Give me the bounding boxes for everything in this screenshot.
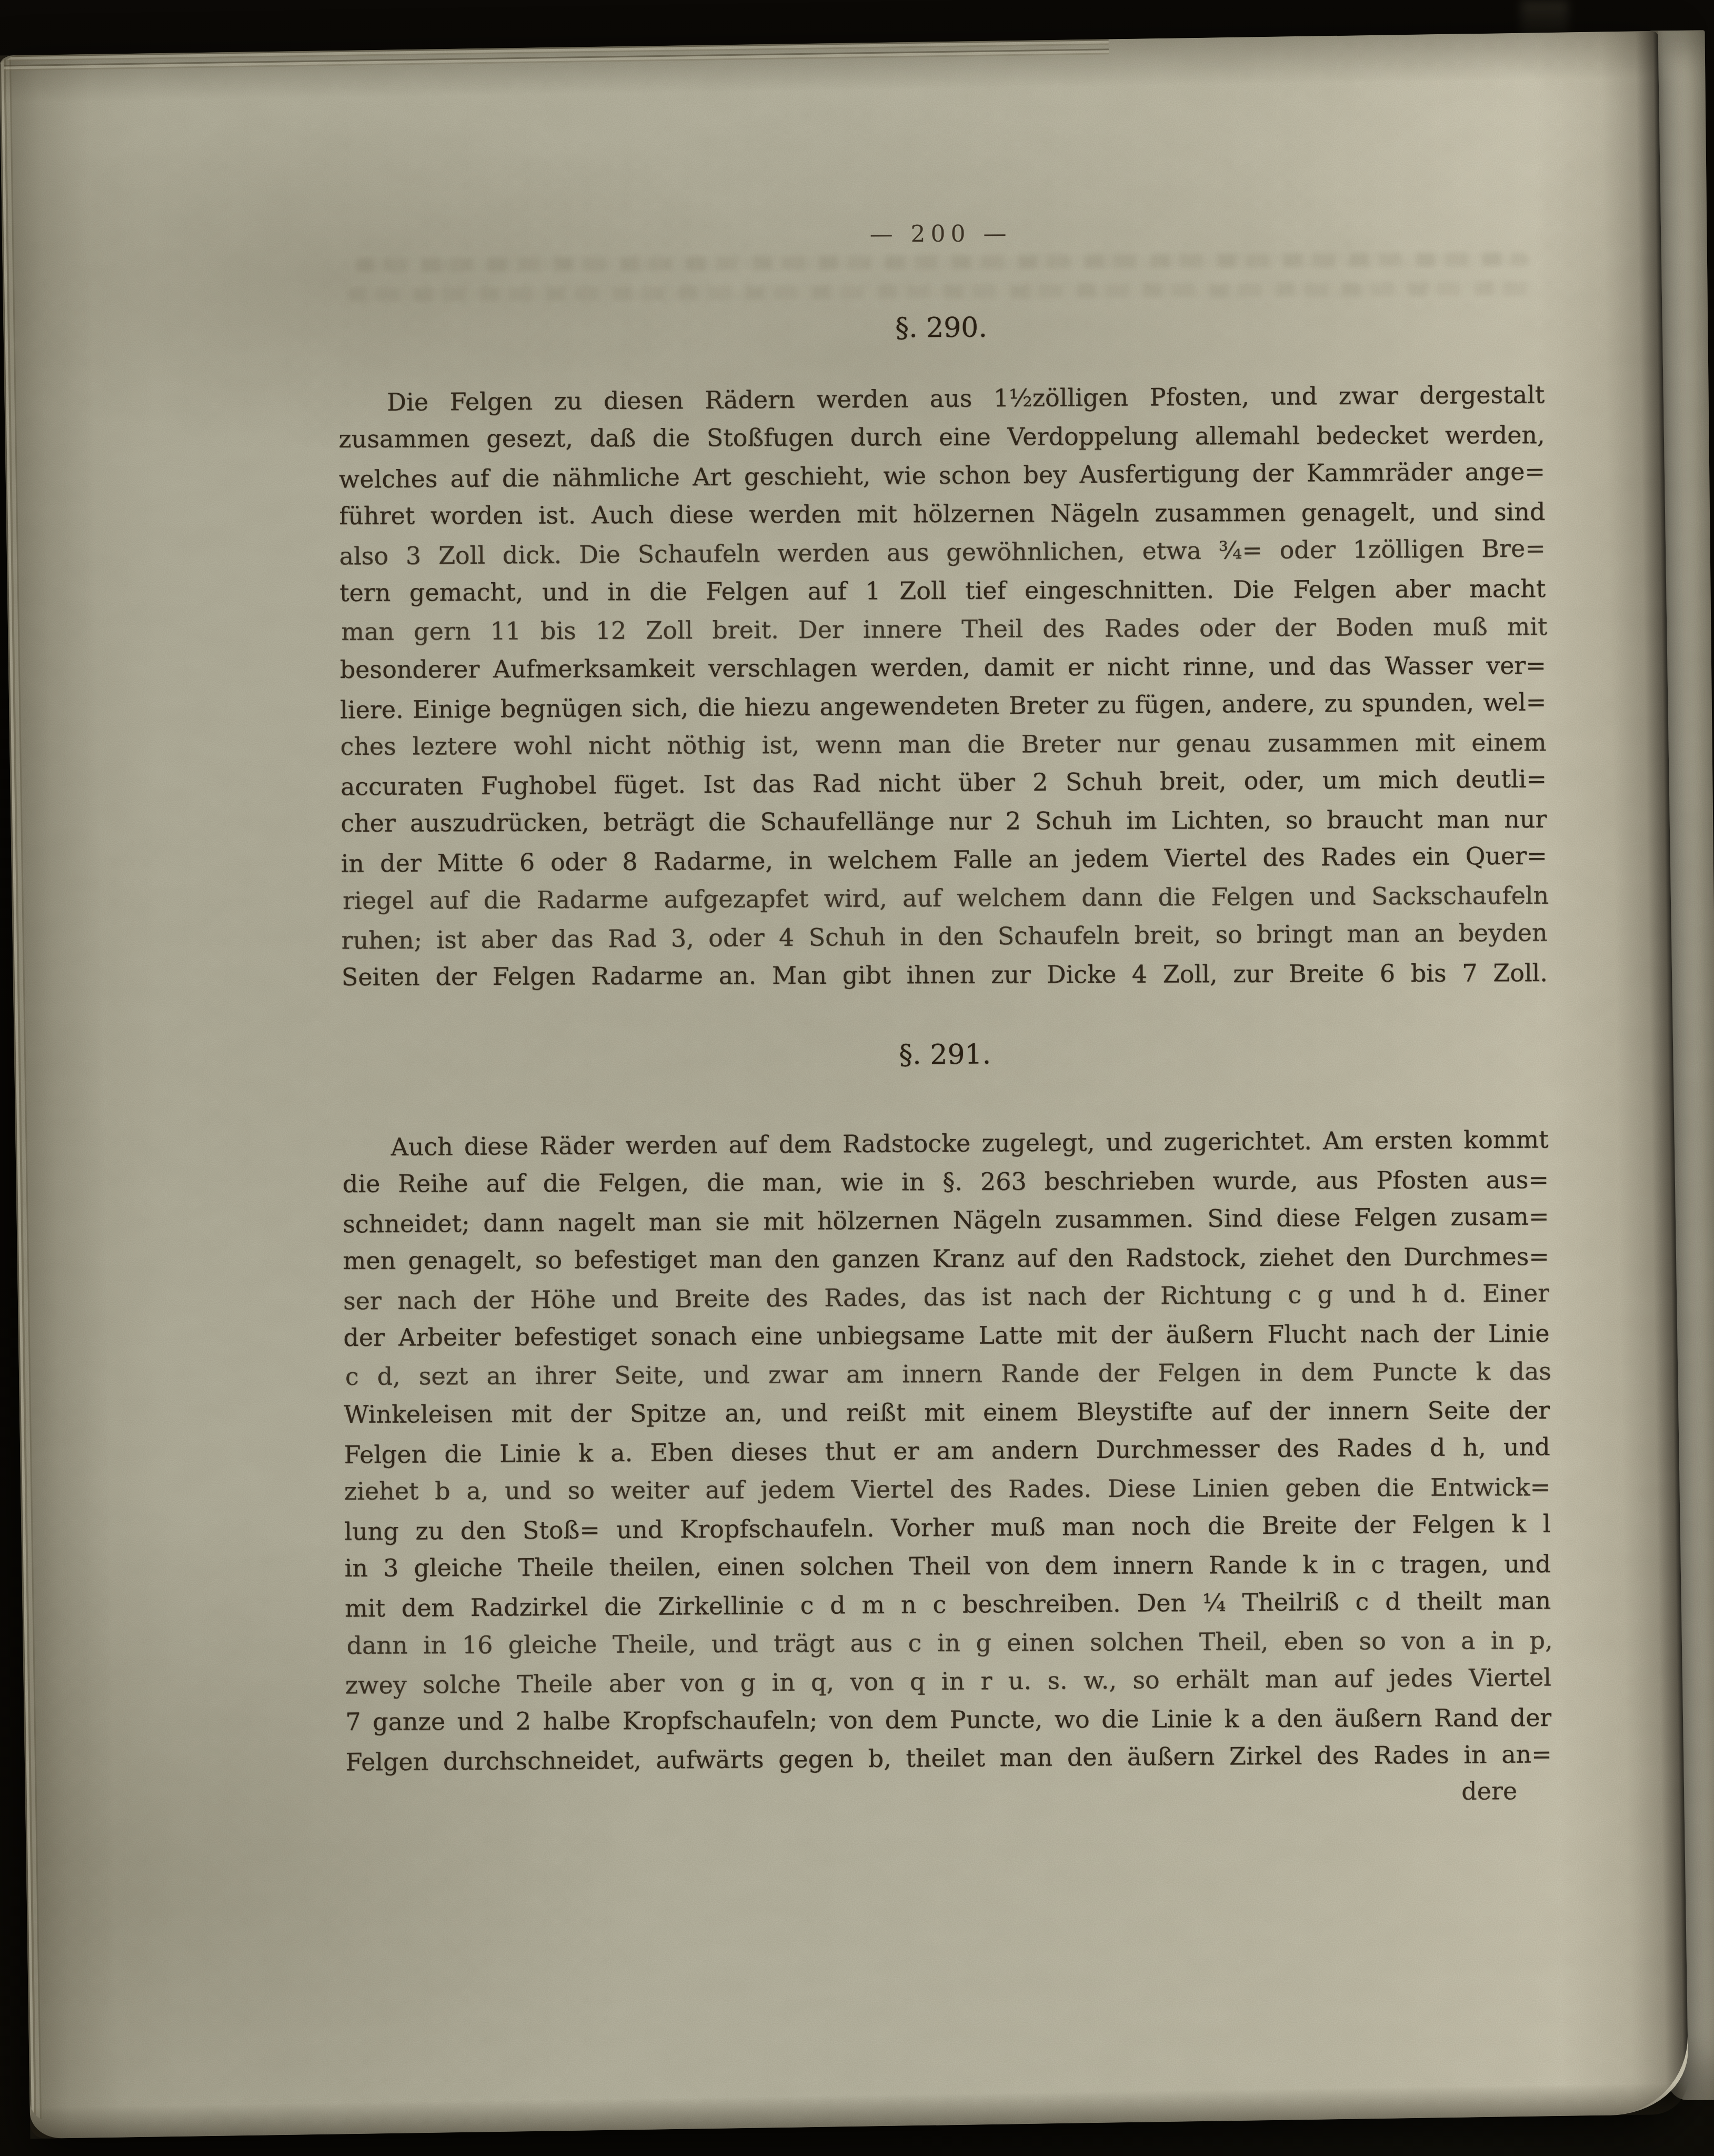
- page-number: — 200 —: [337, 217, 1543, 251]
- printed-content: — 200 — §. 290. Die Felgen zu diesen Räd…: [9, 39, 1679, 2131]
- text-line: Winkeleisen mit der Spitze an, und reißt…: [344, 1391, 1550, 1434]
- text-line: der Arbeiter befestiget sonach eine unbi…: [343, 1314, 1549, 1357]
- paragraph-290: Die Felgen zu diesen Rädern werden aus 1…: [338, 376, 1548, 997]
- section-heading-290: §. 290.: [338, 309, 1544, 347]
- text-line: liere. Einige begnügen sich, die hiezu a…: [340, 683, 1546, 729]
- text-line: men genagelt, so befestiget man den ganz…: [343, 1237, 1549, 1280]
- text-line: besonderer Aufmerksamkeit verschlagen we…: [340, 646, 1546, 689]
- book-scan: — 200 — §. 290. Die Felgen zu diesen Räd…: [0, 0, 1714, 2156]
- text-line: in der Mitte 6 oder 8 Radarme, in welche…: [341, 836, 1547, 883]
- text-line: cher auszudrücken, beträgt die Schaufell…: [340, 800, 1547, 843]
- text-line: lung zu den Stoß= und Kropfschaufeln. Vo…: [344, 1504, 1550, 1551]
- text-line: die Reihe auf die Felgen, die man, wie i…: [343, 1161, 1549, 1203]
- text-line: dann in 16 gleiche Theile, und trägt aus…: [346, 1621, 1552, 1665]
- text-line: Auch diese Räder werden auf dem Radstock…: [342, 1120, 1548, 1166]
- text-line: zwey solche Theile aber von g in q, von …: [345, 1658, 1551, 1704]
- text-line: accuraten Fughobel füget. Ist das Rad ni…: [340, 760, 1547, 806]
- text-line: tern gemacht, und in die Felgen auf 1 Zo…: [339, 570, 1546, 612]
- show-through-line: [355, 252, 1529, 272]
- book-page: — 200 — §. 290. Die Felgen zu diesen Räd…: [0, 31, 1689, 2139]
- text-line: welches auf die nähmliche Art geschieht,…: [339, 452, 1545, 498]
- show-through-line: [347, 282, 1537, 302]
- text-line: zusammen gesezt, daß die Stoßfugen durch…: [338, 416, 1545, 458]
- text-line: c d, sezt an ihrer Seite, und zwar am in…: [345, 1352, 1551, 1396]
- text-line: führet worden ist. Auch diese werden mit…: [339, 493, 1545, 535]
- section-heading-291: §. 291.: [342, 1036, 1548, 1074]
- text-line: mit dem Radzirkel die Zirkellinie c d m …: [345, 1581, 1551, 1628]
- text-line: ziehet b a, und so weiter auf jedem Vier…: [344, 1468, 1550, 1511]
- text-line: ruhen; ist aber das Rad 3, oder 4 Schuh …: [341, 913, 1547, 960]
- text-line: Felgen durchschneidet, aufwärts gegen b,…: [345, 1735, 1551, 1781]
- text-line: in 3 gleiche Theile theilen, einen solch…: [345, 1545, 1551, 1588]
- text-line: schneidet; dann nagelt man sie mit hölze…: [343, 1197, 1549, 1243]
- paragraph-291: Auch diese Räder werden auf dem Radstock…: [342, 1121, 1551, 1781]
- text-line: Felgen die Linie k a. Eben dieses thut e…: [344, 1428, 1550, 1474]
- text-line: also 3 Zoll dick. Die Schaufeln werden a…: [339, 529, 1545, 575]
- text-line: man gern 11 bis 12 Zoll breit. Der inner…: [341, 607, 1547, 651]
- text-line: Seiten der Felgen Radarme an. Man gibt i…: [342, 954, 1548, 996]
- text-line: Die Felgen zu diesen Rädern werden aus 1…: [338, 375, 1545, 422]
- text-line: ser nach der Höhe und Breite des Rades, …: [343, 1274, 1549, 1320]
- text-line: 7 ganze und 2 halbe Kropfschaufeln; von …: [345, 1699, 1551, 1741]
- catchword: dere: [346, 1776, 1517, 1811]
- text-line: riegel auf die Radarme aufgezapfet wird,…: [343, 876, 1549, 920]
- text-line: ches leztere wohl nicht nöthig ist, wenn…: [340, 723, 1546, 766]
